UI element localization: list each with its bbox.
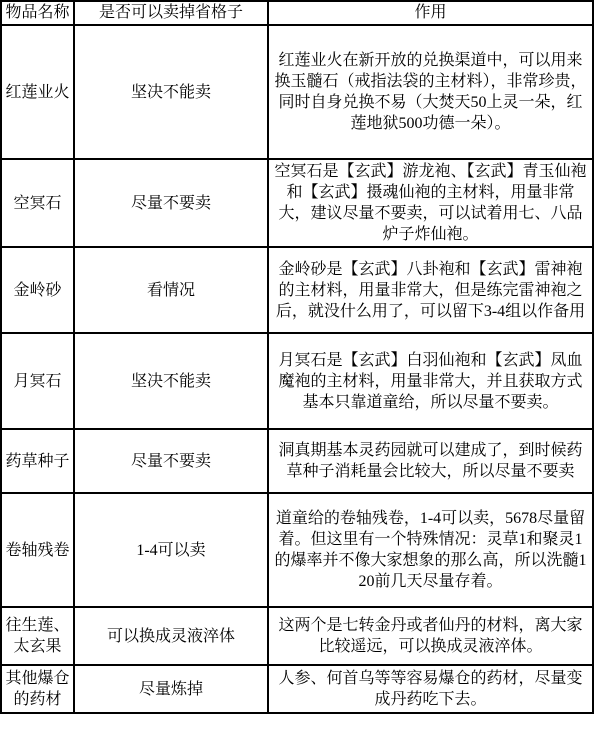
effect-cell: 洞真期基本灵药园就可以建成了，到时候药草种子消耗量会比较大，所以尽量不要卖: [268, 429, 593, 493]
table-row: 金岭砂 看情况 金岭砂是【玄武】八卦袍和【玄武】雷神袍的主材料，用量非常大，但是…: [1, 247, 593, 333]
effect-cell: 道童给的卷轴残卷，1-4可以卖，5678尽量留着。但这里有一个特殊情况：灵草1和…: [268, 493, 593, 607]
sell-advice-cell: 尽量不要卖: [74, 429, 268, 493]
effect-cell: 空冥石是【玄武】游龙袍、【玄武】青玉仙袍和【玄武】摄魂仙袍的主材料，用量非常大，…: [268, 159, 593, 247]
table-row: 红莲业火 坚决不能卖 红莲业火在新开放的兑换渠道中，可以用来换玉髓石（戒指法袋的…: [1, 25, 593, 159]
table-row: 往生莲、太玄果 可以换成灵液淬体 这两个是七转金丹或者仙丹的材料，离大家比较遥远…: [1, 607, 593, 665]
item-name-cell: 卷轴残卷: [1, 493, 74, 607]
sell-advice-cell: 尽量炼掉: [74, 665, 268, 713]
table-row: 月冥石 坚决不能卖 月冥石是【玄武】白羽仙袍和【玄武】凤血魔袍的主材料，用量非常…: [1, 333, 593, 429]
table-row: 药草种子 尽量不要卖 洞真期基本灵药园就可以建成了，到时候药草种子消耗量会比较大…: [1, 429, 593, 493]
sell-advice-cell: 坚决不能卖: [74, 25, 268, 159]
item-name-cell: 往生莲、太玄果: [1, 607, 74, 665]
effect-cell: 月冥石是【玄武】白羽仙袍和【玄武】凤血魔袍的主材料，用量非常大，并且获取方式基本…: [268, 333, 593, 429]
item-name-cell: 其他爆仓的药材: [1, 665, 74, 713]
sell-advice-cell: 1-4可以卖: [74, 493, 268, 607]
column-header-effect: 作用: [268, 1, 593, 25]
effect-cell: 红莲业火在新开放的兑换渠道中，可以用来换玉髓石（戒指法袋的主材料），非常珍贵，同…: [268, 25, 593, 159]
effect-cell: 人参、何首乌等等容易爆仓的药材，尽量变成丹药吃下去。: [268, 665, 593, 713]
table-row: 其他爆仓的药材 尽量炼掉 人参、何首乌等等容易爆仓的药材，尽量变成丹药吃下去。: [1, 665, 593, 713]
item-name-cell: 红莲业火: [1, 25, 74, 159]
column-header-item-name: 物品名称: [1, 1, 74, 25]
sell-advice-cell: 坚决不能卖: [74, 333, 268, 429]
item-name-cell: 月冥石: [1, 333, 74, 429]
sell-advice-cell: 尽量不要卖: [74, 159, 268, 247]
column-header-sell-advice: 是否可以卖掉省格子: [74, 1, 268, 25]
table-row: 卷轴残卷 1-4可以卖 道童给的卷轴残卷，1-4可以卖，5678尽量留着。但这里…: [1, 493, 593, 607]
sell-advice-cell: 可以换成灵液淬体: [74, 607, 268, 665]
effect-cell: 金岭砂是【玄武】八卦袍和【玄武】雷神袍的主材料，用量非常大，但是练完雷神袍之后，…: [268, 247, 593, 333]
item-sell-guide-table: 物品名称 是否可以卖掉省格子 作用 红莲业火 坚决不能卖 红莲业火在新开放的兑换…: [0, 0, 594, 714]
table-row: 空冥石 尽量不要卖 空冥石是【玄武】游龙袍、【玄武】青玉仙袍和【玄武】摄魂仙袍的…: [1, 159, 593, 247]
item-name-cell: 金岭砂: [1, 247, 74, 333]
effect-cell: 这两个是七转金丹或者仙丹的材料，离大家比较遥远，可以换成灵液淬体。: [268, 607, 593, 665]
item-name-cell: 空冥石: [1, 159, 74, 247]
header-row: 物品名称 是否可以卖掉省格子 作用: [1, 1, 593, 25]
sell-advice-cell: 看情况: [74, 247, 268, 333]
item-name-cell: 药草种子: [1, 429, 74, 493]
